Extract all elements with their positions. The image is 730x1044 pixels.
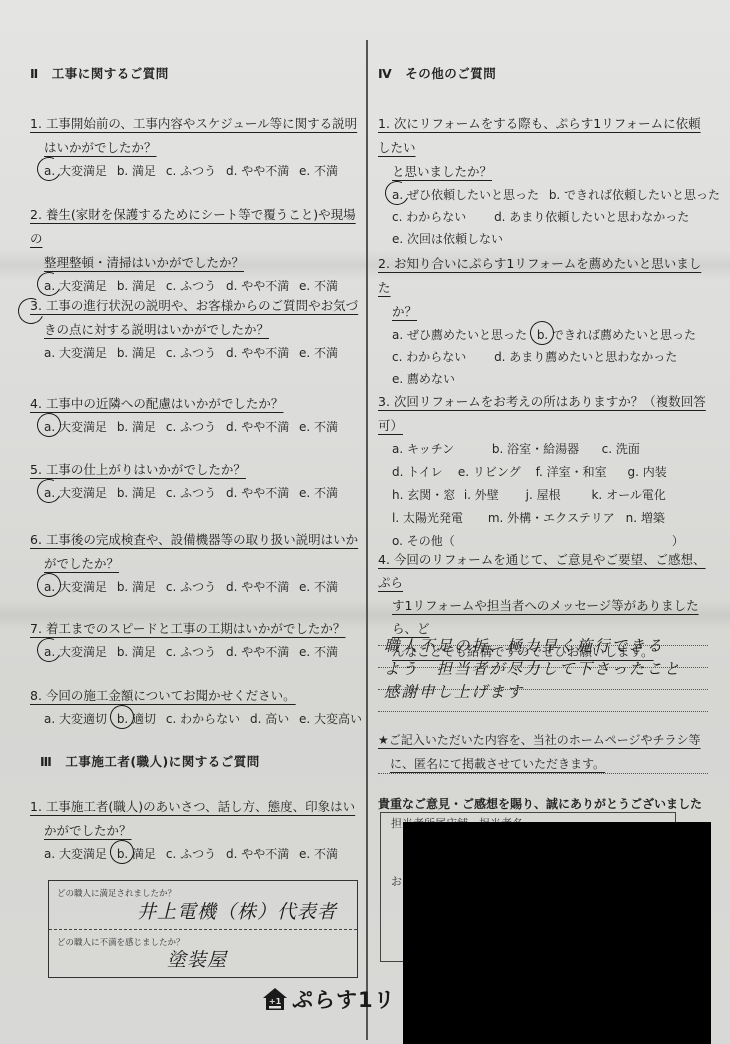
option-c[interactable]: c. わからない bbox=[392, 206, 466, 228]
option-h[interactable]: h. 玄関・窓 bbox=[392, 484, 454, 507]
message-field[interactable]: 職人不足の折、極力早く施行できる よう 担当者が尽力して下さったこと 感謝申し上… bbox=[378, 624, 708, 712]
answer-options: a. 大変満足 b. 満足 c. ふつう d. やや不満 e. 不満 bbox=[30, 641, 360, 663]
option-e[interactable]: e. 不満 bbox=[299, 342, 338, 364]
option-d[interactable]: d. やや不満 bbox=[226, 843, 289, 865]
option-a[interactable]: a. 大変満足 bbox=[44, 416, 107, 438]
option-e[interactable]: e. リビング bbox=[458, 461, 526, 484]
option-i[interactable]: i. 外壁 bbox=[464, 484, 516, 507]
option-d[interactable]: d. 高い bbox=[250, 708, 289, 730]
option-e[interactable]: e. 次回は依頼しない bbox=[392, 228, 503, 250]
option-e[interactable]: e. 不満 bbox=[299, 160, 338, 182]
option-a[interactable]: a. 大変適切 bbox=[44, 708, 107, 730]
s3-question-1: 1. 工事施工者(職人)のあいさつ、話し方、態度、印象はい かがでしたか？ a.… bbox=[30, 795, 360, 865]
dissatisfied-label: どの職人に不満を感じましたか？ bbox=[57, 936, 185, 948]
area-options: a. キッチン b. 浴室・給湯器 c. 洗面 d. トイレ e. リビング f… bbox=[378, 438, 708, 553]
house-logo-icon: +1 bbox=[262, 987, 288, 1011]
s4-question-2: 2. お知り合いにぷらす1リフォームを薦めたいと思いました か？ a. ぜひ薦め… bbox=[378, 252, 708, 390]
redaction-block bbox=[403, 822, 711, 1044]
option-c[interactable]: c. ふつう bbox=[166, 416, 216, 438]
question-text-cont: か？ bbox=[392, 304, 417, 319]
dissatisfied-row: どの職人に不満を感じましたか？ 塗装屋 bbox=[49, 930, 357, 979]
dissatisfied-answer[interactable]: 塗装屋 bbox=[167, 945, 227, 972]
option-c[interactable]: c. 洗面 bbox=[602, 438, 640, 461]
option-d[interactable]: d. やや不満 bbox=[226, 576, 289, 598]
section-3-title: Ⅲ 工事施工者(職人)に関するご質問 bbox=[40, 752, 260, 770]
question-text: 3. 次回リフォームをお考えの所はありますか？（複数回答可） bbox=[378, 394, 706, 433]
answer-options: a. ぜひ薦めたいと思った b. できれば薦めたいと思った c. わからない d… bbox=[378, 324, 708, 390]
s2-question-3: 3. 工事の進行状況の説明や、お客様からのご質問やお気づ きの点に対する説明はい… bbox=[30, 294, 360, 364]
answer-options: a. 大変満足 b. 満足 c. ふつう d. やや不満 e. 不満 bbox=[30, 342, 360, 364]
s2-question-6: 6. 工事後の完成検査や、設備機器等の取り扱い説明はいか がでしたか？ a. 大… bbox=[30, 528, 360, 598]
question-text-cont: はいかがでしたか？ bbox=[44, 140, 157, 155]
answer-options: a. 大変満足 b. 満足 c. ふつう d. やや不満 e. 不満 bbox=[30, 482, 360, 504]
option-e[interactable]: e. 不満 bbox=[299, 576, 338, 598]
option-d[interactable]: d. やや不満 bbox=[226, 641, 289, 663]
option-e[interactable]: e. 大変高い bbox=[299, 708, 362, 730]
question-text: 1. 次にリフォームをする際も、ぷらす1リフォームに依頼したい bbox=[378, 116, 701, 155]
option-e[interactable]: e. 不満 bbox=[299, 843, 338, 865]
question-text: 2. 養生(家財を保護するためにシート等で覆うこと)や現場の bbox=[30, 207, 356, 246]
option-a[interactable]: a. キッチン bbox=[392, 438, 482, 461]
option-d[interactable]: d. やや不満 bbox=[226, 482, 289, 504]
option-b[interactable]: b. 満足 bbox=[117, 576, 156, 598]
question-text: 1. 工事施工者(職人)のあいさつ、話し方、態度、印象はい bbox=[30, 799, 355, 814]
question-text: 4. 今回のリフォームを通じて、ご意見やご要望、ご感想、ぷら bbox=[378, 552, 706, 590]
answer-options: a. 大変満足 b. 満足 c. ふつう d. やや不満 e. 不満 bbox=[30, 576, 360, 598]
satisfied-answer[interactable]: 井上電機（株）代表者 bbox=[137, 897, 337, 924]
option-a[interactable]: a. 大変満足 bbox=[44, 576, 107, 598]
option-b[interactable]: b. 浴室・給湯器 bbox=[492, 438, 592, 461]
answer-options: a. 大変満足 b. 満足 c. ふつう d. やや不満 e. 不満 bbox=[30, 416, 360, 438]
option-c[interactable]: c. ふつう bbox=[166, 342, 216, 364]
question-text: 3. 工事の進行状況の説明や、お客様からのご質問やお気づ bbox=[30, 298, 358, 313]
question-text: 2. お知り合いにぷらす1リフォームを薦めたいと思いました bbox=[378, 256, 701, 295]
answer-options: a. 大変適切 b. 適切 c. わからない d. 高い e. 大変高い bbox=[30, 708, 360, 730]
option-a[interactable]: a. ぜひ依頼したいと思った bbox=[392, 184, 539, 206]
question-text: 8. 今回の施工金額についてお聞かせください。 bbox=[30, 688, 296, 703]
option-d[interactable]: d. あまり依頼したいと思わなかった bbox=[494, 206, 689, 228]
option-c[interactable]: c. ふつう bbox=[166, 160, 216, 182]
option-f[interactable]: f. 洋室・和室 bbox=[536, 461, 618, 484]
s4-question-1: 1. 次にリフォームをする際も、ぷらす1リフォームに依頼したい と思いましたか？… bbox=[378, 112, 708, 250]
question-text: 6. 工事後の完成検査や、設備機器等の取り扱い説明はいか bbox=[30, 532, 358, 547]
s4-question-3: 3. 次回リフォームをお考えの所はありますか？（複数回答可） a. キッチン b… bbox=[378, 390, 708, 553]
survey-sheet: Ⅱ 工事に関するご質問 1. 工事開始前の、工事内容やスケジュール等に関する説明… bbox=[0, 0, 730, 1044]
s2-question-1: 1. 工事開始前の、工事内容やスケジュール等に関する説明 はいかがでしたか？ a… bbox=[30, 112, 360, 182]
s2-question-2: 2. 養生(家財を保護するためにシート等で覆うこと)や現場の 整理整頓・清掃はい… bbox=[30, 203, 360, 297]
divider bbox=[378, 760, 708, 774]
option-b[interactable]: b. 満足 bbox=[117, 342, 156, 364]
option-m[interactable]: m. 外構・エクステリア bbox=[488, 507, 616, 530]
option-d[interactable]: d. やや不満 bbox=[226, 342, 289, 364]
option-b[interactable]: b. 満足 bbox=[117, 641, 156, 663]
option-e[interactable]: e. 不満 bbox=[299, 641, 338, 663]
option-a[interactable]: a. ぜひ薦めたいと思った bbox=[392, 324, 527, 346]
brand-name: ぷらす1リ bbox=[292, 984, 396, 1014]
answer-options: a. 大変満足 b. 満足 c. ふつう d. やや不満 e. 不満 bbox=[30, 843, 360, 865]
column-divider bbox=[366, 40, 368, 1040]
thank-you-message: 貴重なご意見・ご感想を賜り、誠にありがとうございました bbox=[378, 795, 702, 812]
option-b[interactable]: b. 満足 bbox=[117, 843, 156, 865]
option-c[interactable]: c. ふつう bbox=[166, 576, 216, 598]
option-a[interactable]: a. 大変満足 bbox=[44, 482, 107, 504]
option-b[interactable]: b. できれば薦めたいと思った bbox=[537, 324, 696, 346]
option-b[interactable]: b. 満足 bbox=[117, 482, 156, 504]
option-c[interactable]: c. ふつう bbox=[166, 641, 216, 663]
question-text-cont: かがでしたか？ bbox=[44, 823, 132, 838]
question-text: 4. 工事中の近隣への配慮はいかがでしたか？ bbox=[30, 396, 283, 411]
s2-question-5: 5. 工事の仕上がりはいかがでしたか？ a. 大変満足 b. 満足 c. ふつう… bbox=[30, 458, 360, 504]
svg-text:+1: +1 bbox=[269, 997, 282, 1006]
option-d[interactable]: d. やや不満 bbox=[226, 416, 289, 438]
s2-question-8: 8. 今回の施工金額についてお聞かせください。 a. 大変適切 b. 適切 c.… bbox=[30, 684, 360, 730]
option-e[interactable]: e. 薦めない bbox=[392, 368, 455, 390]
handwritten-line-1: 職人不足の折、極力早く施行できる bbox=[384, 634, 664, 656]
s2-question-7: 7. 着工までのスピードと工事の工期はいかがでしたか？ a. 大変満足 b. 満… bbox=[30, 617, 360, 663]
option-b[interactable]: b. 満足 bbox=[117, 160, 156, 182]
option-k[interactable]: k. オール電化 bbox=[591, 484, 665, 507]
option-j[interactable]: j. 屋根 bbox=[526, 484, 582, 507]
option-c[interactable]: c. わからない bbox=[166, 708, 240, 730]
option-b[interactable]: b. できれば依頼したいと思った bbox=[549, 184, 720, 206]
tradesman-feedback-box: どの職人に満足されましたか？ 井上電機（株）代表者 どの職人に不満を感じましたか… bbox=[48, 880, 358, 978]
question-text-cont: がでしたか？ bbox=[44, 556, 119, 571]
satisfied-row: どの職人に満足されましたか？ 井上電機（株）代表者 bbox=[49, 881, 357, 930]
brand-logo: +1 ぷらす1リ bbox=[262, 985, 396, 1013]
question-text-cont: と思いましたか？ bbox=[392, 164, 492, 179]
option-d[interactable]: d. トイレ bbox=[392, 461, 448, 484]
handwritten-line-3: 感謝申し上げます bbox=[384, 680, 524, 702]
question-text-cont: きの点に対する説明はいかがでしたか？ bbox=[44, 322, 269, 337]
option-a[interactable]: a. 大変満足 bbox=[44, 160, 107, 182]
option-a[interactable]: a. 大変満足 bbox=[44, 342, 107, 364]
question-text-cont: 整理整頓・清掃はいかがでしたか？ bbox=[44, 255, 244, 270]
question-text: 5. 工事の仕上がりはいかがでしたか？ bbox=[30, 462, 246, 477]
question-text: 7. 着工までのスピードと工事の工期はいかがでしたか？ bbox=[30, 621, 345, 636]
answer-options: a. 大変満足 b. 満足 c. ふつう d. やや不満 e. 不満 bbox=[30, 160, 360, 182]
option-a[interactable]: a. 大変満足 bbox=[44, 843, 107, 865]
option-c[interactable]: c. わからない bbox=[392, 346, 466, 368]
option-l[interactable]: l. 太陽光発電 bbox=[392, 507, 478, 530]
option-e[interactable]: e. 不満 bbox=[299, 482, 338, 504]
s2-question-4: 4. 工事中の近隣への配慮はいかがでしたか？ a. 大変満足 b. 満足 c. … bbox=[30, 392, 360, 438]
option-a[interactable]: a. 大変満足 bbox=[44, 641, 107, 663]
section-2-title: Ⅱ 工事に関するご質問 bbox=[30, 64, 169, 82]
option-d[interactable]: d. やや不満 bbox=[226, 160, 289, 182]
option-g[interactable]: g. 内装 bbox=[627, 461, 666, 484]
option-c[interactable]: c. ふつう bbox=[166, 482, 216, 504]
section-4-title: Ⅳ その他のご質問 bbox=[378, 64, 496, 82]
option-e[interactable]: e. 不満 bbox=[299, 416, 338, 438]
answer-options: a. ぜひ依頼したいと思った b. できれば依頼したいと思った c. わからない… bbox=[378, 184, 708, 250]
option-b[interactable]: b. 満足 bbox=[117, 416, 156, 438]
handwritten-line-2: よう 担当者が尽力して下さったこと bbox=[384, 657, 682, 679]
option-d[interactable]: d. あまり薦めたいと思わなかった bbox=[494, 346, 677, 368]
option-n[interactable]: n. 増築 bbox=[626, 507, 665, 530]
staff-label-2: お bbox=[391, 873, 402, 889]
question-text: 1. 工事開始前の、工事内容やスケジュール等に関する説明 bbox=[30, 116, 357, 131]
option-b[interactable]: b. 適切 bbox=[117, 708, 156, 730]
option-c[interactable]: c. ふつう bbox=[166, 843, 216, 865]
